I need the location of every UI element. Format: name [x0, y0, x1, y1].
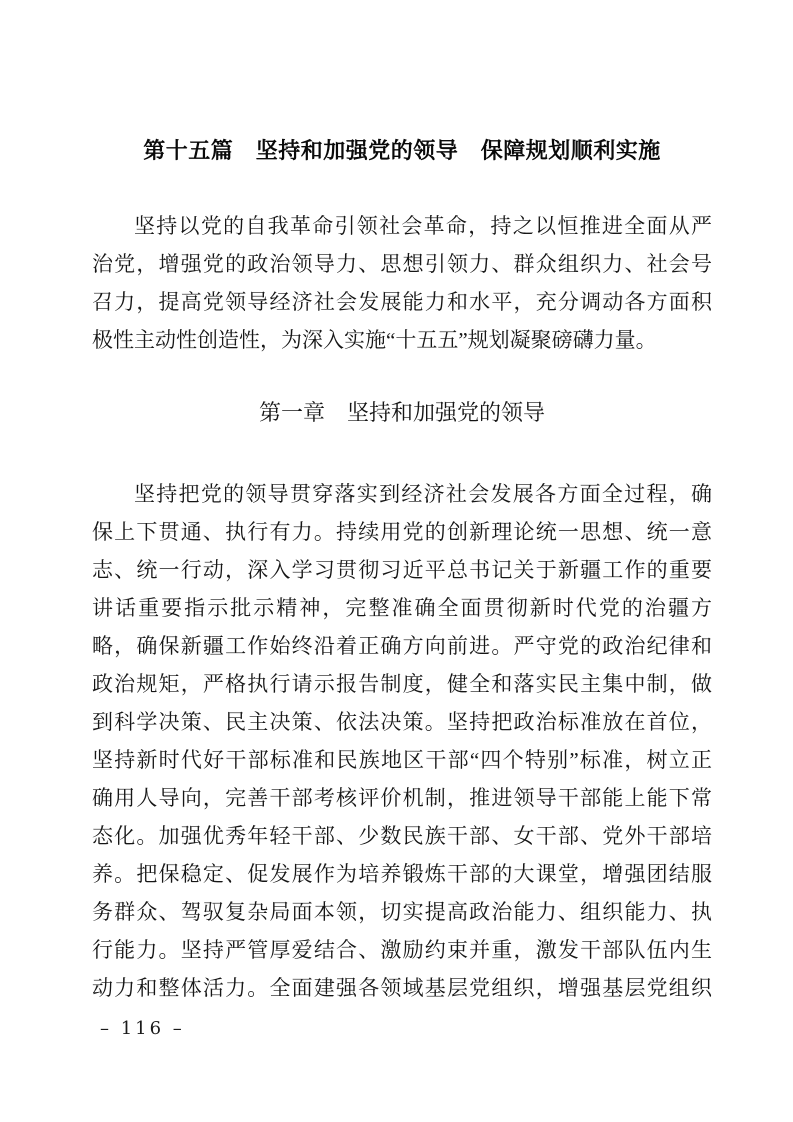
text-line: 略，确保新疆工作始终沿着正确方向前进。严守党的政治纪律和	[92, 627, 712, 665]
text-line: 确用人导向，完善干部考核评价机制，推进领导干部能上能下常	[92, 779, 712, 817]
text-line: 到科学决策、民主决策、依法决策。坚持把政治标准放在首位，	[92, 703, 712, 741]
part-title: 第十五篇 坚持和加强党的领导 保障规划顺利实施	[92, 136, 712, 166]
paragraph-intro: 坚持以党的自我革命引领社会革命，持之以恒推进全面从严治党，增强党的政治领导力、思…	[92, 207, 712, 359]
text-line: 动力和整体活力。全面建强各领域基层党组织，增强基层党组织	[92, 969, 712, 1007]
paragraph-chapter-body: 坚持把党的领导贯穿落实到经济社会发展各方面全过程，确保上下贯通、执行有力。持续用…	[92, 475, 712, 1007]
text-line: 政治规矩，严格执行请示报告制度，健全和落实民主集中制，做	[92, 665, 712, 703]
text-line: 召力，提高党领导经济社会发展能力和水平，充分调动各方面积	[92, 283, 712, 321]
text-line: 坚持把党的领导贯穿落实到经济社会发展各方面全过程，确	[92, 475, 712, 513]
text-line: 讲话重要指示批示精神，完整准确全面贯彻新时代党的治疆方	[92, 589, 712, 627]
chapter-heading: 第一章 坚持和加强党的领导	[92, 398, 712, 428]
text-line: 务群众、驾驭复杂局面本领，切实提高政治能力、组织能力、执	[92, 893, 712, 931]
text-line: 保上下贯通、执行有力。持续用党的创新理论统一思想、统一意	[92, 513, 712, 551]
text-line: 养。把保稳定、促发展作为培养锻炼干部的大课堂，增强团结服	[92, 855, 712, 893]
text-line: 行能力。坚持严管厚爱结合、激励约束并重，激发干部队伍内生	[92, 931, 712, 969]
text-line: 治党，增强党的政治领导力、思想引领力、群众组织力、社会号	[92, 245, 712, 283]
text-line: 坚持新时代好干部标准和民族地区干部“四个特别”标准，树立正	[92, 741, 712, 779]
document-page: 第十五篇 坚持和加强党的领导 保障规划顺利实施 坚持以党的自我革命引领社会革命，…	[0, 0, 793, 1122]
text-line: 坚持以党的自我革命引领社会革命，持之以恒推进全面从严	[92, 207, 712, 245]
page-number: – 116 –	[100, 1014, 185, 1044]
text-line: 极性主动性创造性，为深入实施“十五五”规划凝聚磅礴力量。	[92, 321, 712, 359]
text-line: 志、统一行动，深入学习贯彻习近平总书记关于新疆工作的重要	[92, 551, 712, 589]
text-line: 态化。加强优秀年轻干部、少数民族干部、女干部、党外干部培	[92, 817, 712, 855]
